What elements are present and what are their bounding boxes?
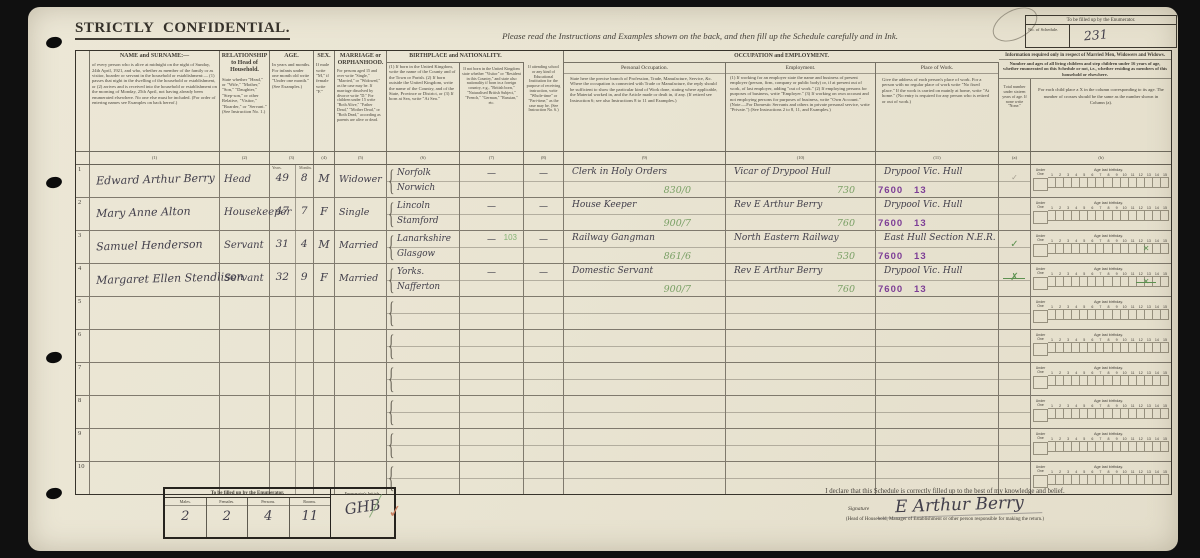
purple-number-stamp: 7600 13: [878, 284, 927, 295]
nationality-cell: —103: [460, 231, 524, 263]
children-age-grid: Under One Age last birthday.123456789101…: [1033, 267, 1169, 290]
punch-hole: [45, 486, 63, 500]
total-children-cell: [999, 198, 1031, 230]
schedule-row: 2 Mary Anne Alton Housekeeper 477 F Sing…: [76, 198, 1171, 231]
relationship-cell: Head: [220, 165, 270, 197]
header-occupation: Personal Occupation. State here the prec…: [564, 63, 726, 151]
employer-code: 760: [837, 284, 855, 295]
sex-cell: M: [314, 231, 335, 263]
birthplace-cell: {Yorks.Nafferton: [387, 264, 460, 296]
header-relationship-title: RELATIONSHIP to Head of Household.: [220, 51, 269, 76]
occupation-code: 900/7: [664, 218, 691, 229]
nationality-cell: [460, 297, 524, 329]
nationality-cell: [460, 462, 524, 494]
education-cell: —: [524, 264, 564, 296]
total-children-cell: ✓: [999, 165, 1031, 197]
header-age-title: AGE.: [270, 51, 313, 61]
header-employment-instr: (1) If working for an employer state the…: [726, 74, 875, 151]
row-number-cell: 6: [76, 330, 90, 362]
col-number: (9): [564, 152, 726, 164]
name-cell: [90, 330, 220, 362]
name-cell: Edward Arthur Berry: [90, 165, 220, 197]
schedule-number-value: 231: [1069, 20, 1177, 51]
header-name-instr: of every person who is alive at midnight…: [90, 61, 219, 151]
brace-mark: {: [388, 330, 394, 362]
age-years-label: Years.: [272, 166, 282, 170]
nationality-cell: —: [460, 198, 524, 230]
schedule-row: 5 { Under One Age last birthday.12345678…: [76, 297, 1171, 330]
place-of-work-cell: [876, 396, 999, 428]
brace-mark: {: [388, 429, 394, 461]
scanned-census-schedule: STRICTLY CONFIDENTIAL. Please read the I…: [0, 0, 1200, 558]
nationality-cell: [460, 396, 524, 428]
header-total-children-instr: Total number under sixteen years of age.…: [999, 79, 1030, 151]
employer-code: 760: [837, 218, 855, 229]
brace-mark: {: [388, 396, 394, 428]
col-number: (6): [387, 152, 460, 164]
place-of-work-cell: Drypool Vic. Hull7600 13: [876, 264, 999, 296]
column-number-row: (1) (2) (3) (4) (5) (6) (7) (8) (9) (10)…: [76, 152, 1171, 165]
marriage-cell: [335, 429, 387, 461]
children-ages-cell: Under One Age last birthday.123456789101…: [1031, 264, 1171, 296]
children-age-grid: Under One Age last birthday.123456789101…: [1033, 333, 1169, 356]
marriage-cell: Married: [335, 264, 387, 296]
row-number-cell: 5: [76, 297, 90, 329]
age-subheaders: Years. Months.: [270, 165, 314, 171]
birthplace-cell: {NorfolkNorwich: [387, 165, 460, 197]
row-number-cell: 1: [76, 165, 90, 197]
row-number-cell: 4: [76, 264, 90, 296]
schedule-row: 6 { Under One Age last birthday.12345678…: [76, 330, 1171, 363]
age-cell: [270, 330, 314, 362]
enumerator-count-rooms: Rooms.11: [290, 498, 331, 537]
brace-mark: {: [388, 198, 394, 230]
birthplace-cell: {: [387, 363, 460, 395]
header-birthplace-instr: (1) If born in the United Kingdom, write…: [387, 63, 459, 151]
purple-number-stamp: 7600 13: [878, 185, 927, 196]
header-children-note: Number and ages of all living children a…: [999, 60, 1171, 79]
name-cell: [90, 363, 220, 395]
place-of-work-cell: [876, 429, 999, 461]
schedule-table: NAME and SURNAME:— of every person who i…: [75, 50, 1172, 495]
occupation-cell: [564, 330, 726, 362]
total-children-mark: ✓: [999, 239, 1030, 250]
schedule-row: 7 { Under One Age last birthday.12345678…: [76, 363, 1171, 396]
header-children-ages-instr: For each child place a X in the column c…: [1031, 79, 1171, 114]
employment-cell: [726, 429, 876, 461]
header-relationship: RELATIONSHIP to Head of Household. State…: [220, 51, 270, 151]
table-rows: Years. Months. 1 Edward Arthur Berry Hea…: [76, 165, 1171, 494]
marriage-cell: Married: [335, 231, 387, 263]
relationship-cell: Housekeeper: [220, 198, 270, 230]
children-ages-cell: Under One Age last birthday.123456789101…: [1031, 396, 1171, 428]
header-sex: SEX. If male write "M," if female write …: [314, 51, 335, 151]
marriage-cell: [335, 297, 387, 329]
occupation-cell: Railway Gangman861/6: [564, 231, 726, 263]
children-age-grid: Under One Age last birthday.123456789101…: [1033, 300, 1169, 323]
signature-note: (Head of Household, Manager of Establish…: [700, 517, 1190, 522]
brace-mark: {: [388, 462, 394, 494]
relationship-cell: [220, 297, 270, 329]
header-sex-title: SEX.: [314, 51, 334, 61]
education-cell: —: [524, 198, 564, 230]
birthplace-cell: {: [387, 297, 460, 329]
birthplace-cell: {LincolnStamford: [387, 198, 460, 230]
children-age-grid: Under One Age last birthday.123456789101…: [1033, 399, 1169, 422]
employment-cell: Rev E Arthur Berry760: [726, 264, 876, 296]
schedule-row: 1 Edward Arthur Berry Head 498 M Widower…: [76, 165, 1171, 198]
total-children-cell: [999, 297, 1031, 329]
header-place-title: Place of Work.: [876, 63, 998, 74]
count-value: 2: [165, 506, 206, 524]
count-value: 2: [207, 506, 248, 524]
total-children-mark: ✗: [999, 272, 1030, 283]
child-age-x-mark: ✕: [1143, 244, 1150, 253]
employer-code: 530: [837, 251, 855, 262]
nationality-cell: [460, 363, 524, 395]
total-children-cell: [999, 330, 1031, 362]
col-number: (8): [524, 152, 564, 164]
row-number-cell: 9: [76, 429, 90, 461]
education-cell: [524, 330, 564, 362]
brace-mark: {: [388, 264, 394, 296]
count-label: Rooms.: [290, 498, 331, 506]
header-sex-instr: If male write "M," if female write "F.": [314, 61, 334, 151]
children-age-grid: Under One Age last birthday.123456789101…: [1033, 234, 1169, 257]
name-cell: [90, 429, 220, 461]
education-cell: [524, 396, 564, 428]
schedule-row: 3 Samuel Henderson Servant 314 M Married…: [76, 231, 1171, 264]
row-number-cell: 7: [76, 363, 90, 395]
birthplace-cell: {: [387, 462, 460, 494]
age-cell: 477: [270, 198, 314, 230]
place-of-work-cell: [876, 330, 999, 362]
occupation-cell: [564, 297, 726, 329]
children-ages-cell: Under One Age last birthday.123456789101…: [1031, 198, 1171, 230]
brace-mark: {: [388, 165, 394, 197]
children-age-grid: Under One Age last birthday.123456789101…: [1033, 366, 1169, 389]
punch-hole: [45, 175, 63, 189]
age-cell: [270, 396, 314, 428]
relationship-cell: [220, 363, 270, 395]
sex-cell: [314, 429, 335, 461]
header-occupation-title: Personal Occupation.: [564, 63, 725, 74]
brace-mark: {: [388, 231, 394, 263]
occupation-cell: Clerk in Holy Orders830/0: [564, 165, 726, 197]
relationship-cell: [220, 396, 270, 428]
children-ages-cell: Under One Age last birthday.123456789101…: [1031, 297, 1171, 329]
header-marriage: MARRIAGE or ORPHANHOOD. For persons aged…: [335, 51, 387, 151]
header-birthplace-group-title: BIRTHPLACE and NATIONALITY.: [387, 51, 524, 63]
sex-cell: [314, 297, 335, 329]
col-number: (2): [220, 152, 270, 164]
employment-cell: Vicar of Drypool Hull730: [726, 165, 876, 197]
declaration: I declare that this Schedule is correctl…: [700, 488, 1190, 522]
col-number: (1): [90, 152, 220, 164]
children-age-grid: Under One Age last birthday.123456789101…: [1033, 432, 1169, 455]
birthplace-cell: {: [387, 330, 460, 362]
child-age-x-mark: ✕: [1143, 277, 1150, 286]
name-cell: Mary Anne Alton: [90, 198, 220, 230]
header-children-panel: Information required only in respect of …: [999, 51, 1171, 151]
place-of-work-cell: [876, 363, 999, 395]
relationship-cell: [220, 429, 270, 461]
enumerator-count-males: Males.2: [165, 498, 207, 537]
education-cell: [524, 297, 564, 329]
nationality-cell: —: [460, 165, 524, 197]
schedule-row: 9 { Under One Age last birthday.12345678…: [76, 429, 1171, 462]
employment-cell: [726, 297, 876, 329]
occupation-cell: [564, 363, 726, 395]
purple-number-stamp: 7600 13: [878, 218, 927, 229]
enumerator-count-females: Females.2: [207, 498, 249, 537]
header-education-instr: If attending school or any kind of Educa…: [524, 51, 563, 151]
col-number: (3): [270, 152, 314, 164]
total-children-mark: ✓: [999, 173, 1030, 182]
header-education: If attending school or any kind of Educa…: [524, 51, 564, 151]
total-children-cell: ✗: [999, 264, 1031, 296]
col-number: (7): [460, 152, 524, 164]
header-occupation-group: OCCUPATION and EMPLOYMENT. Personal Occu…: [564, 51, 999, 151]
occupation-code: 861/6: [664, 251, 691, 262]
header-children-ages: For each child place a X in the column c…: [1031, 79, 1171, 151]
name-cell: [90, 396, 220, 428]
enumerator-counts: Males.2Females.2Persons.4Rooms.11: [165, 498, 330, 537]
col-number: (a): [999, 152, 1031, 164]
schedule-row: 8 { Under One Age last birthday.12345678…: [76, 396, 1171, 429]
paper-sheet: STRICTLY CONFIDENTIAL. Please read the I…: [28, 7, 1178, 551]
col-number: (11): [876, 152, 999, 164]
schedule-number-box: To be filled up by the Enumerator. No. o…: [1025, 15, 1177, 48]
header-place-instr: Give the address of each person's place …: [876, 74, 998, 151]
occupation-cell: [564, 396, 726, 428]
marriage-cell: [335, 396, 387, 428]
name-cell: Margaret Ellen Stendlison: [90, 264, 220, 296]
header-age: AGE. In years and months. For infants un…: [270, 51, 314, 151]
name-cell: Samuel Henderson: [90, 231, 220, 263]
schedule-number-label: No. of Schedule.: [1026, 25, 1070, 47]
age-months-label: Months.: [299, 166, 312, 170]
children-ages-cell: Under One Age last birthday.123456789101…: [1031, 330, 1171, 362]
sex-cell: F: [314, 264, 335, 296]
nationality-cell: [460, 429, 524, 461]
col-number: (b): [1031, 152, 1171, 164]
employment-cell: Rev E Arthur Berry760: [726, 198, 876, 230]
children-age-grid: Under One Age last birthday.123456789101…: [1033, 201, 1169, 224]
table-header: NAME and SURNAME:— of every person who i…: [76, 51, 1171, 152]
header-restricted-note: Information required only in respect of …: [999, 51, 1171, 60]
header-nationality: If not born in the United Kingdom state …: [460, 63, 524, 151]
sex-cell: [314, 363, 335, 395]
children-age-grid: Under One Age last birthday.123456789101…: [1033, 465, 1169, 488]
place-of-work-cell: East Hull Section N.E.R.7600 13: [876, 231, 999, 263]
age-cell: [270, 429, 314, 461]
birthplace-cell: {LanarkshireGlasgow: [387, 231, 460, 263]
occupation-cell: House Keeper900/7: [564, 198, 726, 230]
occupation-cell: [564, 429, 726, 461]
green-code-stamp: 103: [504, 233, 517, 242]
education-cell: [524, 429, 564, 461]
header-employment: Employment. (1) If working for an employ…: [726, 63, 876, 151]
place-of-work-cell: Drypool Vic. Hull7600 13: [876, 165, 999, 197]
purple-number-stamp: 7600 13: [878, 251, 927, 262]
header-total-children: Total number under sixteen years of age.…: [999, 79, 1031, 151]
red-check-mark: ✓: [387, 501, 404, 523]
total-children-cell: ✓: [999, 231, 1031, 263]
relationship-cell: Servant: [220, 231, 270, 263]
punch-hole: [45, 35, 63, 49]
signature-value: E Arthur Berry: [877, 492, 1043, 519]
header-marriage-instr: For persons aged 15 and over write "Sing…: [335, 68, 386, 151]
children-ages-cell: Under One Age last birthday.123456789101…: [1031, 363, 1171, 395]
occupation-code: 830/0: [664, 185, 691, 196]
header-marriage-title: MARRIAGE or ORPHANHOOD.: [335, 51, 386, 68]
relationship-cell: [220, 330, 270, 362]
header-employment-title: Employment.: [726, 63, 875, 74]
header-occupation-group-title: OCCUPATION and EMPLOYMENT.: [564, 51, 999, 63]
enumerator-summary-box: To be filled up by the Enumerator. Males…: [163, 487, 396, 539]
header-occupation-instr: State here the precise branch of Profess…: [564, 74, 725, 151]
total-children-cell: [999, 363, 1031, 395]
declaration-text: I declare that this Schedule is correctl…: [700, 488, 1190, 495]
header-name-title: NAME and SURNAME:—: [90, 51, 219, 61]
place-of-work-cell: Drypool Vic. Hull7600 13: [876, 198, 999, 230]
relationship-cell: Servant: [220, 264, 270, 296]
total-children-cell: [999, 396, 1031, 428]
employment-cell: [726, 363, 876, 395]
header-relationship-instr: State whether "Head," or "Wife," "Mother…: [220, 76, 269, 151]
employer-code: 730: [837, 185, 855, 196]
brace-mark: {: [388, 363, 394, 395]
row-number-cell: 10: [76, 462, 90, 494]
nationality-cell: —: [460, 264, 524, 296]
birthplace-cell: {: [387, 396, 460, 428]
sex-cell: [314, 396, 335, 428]
occupation-code: 900/7: [664, 284, 691, 295]
sex-cell: F: [314, 198, 335, 230]
children-age-grid: Under One Age last birthday.123456789101…: [1033, 168, 1169, 191]
occupation-cell: Domestic Servant900/7: [564, 264, 726, 296]
age-cell: 314: [270, 231, 314, 263]
header-nationality-instr: If not born in the United Kingdom state …: [460, 63, 523, 151]
children-ages-cell: Under One Age last birthday.123456789101…: [1031, 231, 1171, 263]
col-number: (5): [335, 152, 387, 164]
count-label: Males.: [165, 498, 206, 506]
marriage-cell: Single: [335, 198, 387, 230]
brace-mark: {: [388, 297, 394, 329]
count-value: 4: [248, 506, 289, 524]
sex-cell: M: [314, 165, 335, 197]
total-children-cell: [999, 429, 1031, 461]
education-cell: —: [524, 165, 564, 197]
place-of-work-cell: [876, 297, 999, 329]
row-number-cell: 8: [76, 396, 90, 428]
col-number: (10): [726, 152, 876, 164]
header-rownum: [76, 51, 90, 151]
age-cell: [270, 297, 314, 329]
marriage-cell: Widower: [335, 165, 387, 197]
enumerator-box-title: To be filled up by the Enumerator.: [165, 489, 330, 498]
children-ages-cell: Under One Age last birthday.123456789101…: [1031, 429, 1171, 461]
name-cell: [90, 297, 220, 329]
col-number: (4): [314, 152, 335, 164]
count-value: 11: [290, 506, 331, 524]
marriage-cell: [335, 363, 387, 395]
birthplace-cell: {: [387, 429, 460, 461]
header-age-instr: In years and months. For infants under o…: [270, 61, 313, 151]
age-cell: 329: [270, 264, 314, 296]
employment-cell: North Eastern Railway530: [726, 231, 876, 263]
count-label: Persons.: [248, 498, 289, 506]
education-cell: [524, 462, 564, 494]
header-name: NAME and SURNAME:— of every person who i…: [90, 51, 220, 151]
education-cell: —: [524, 231, 564, 263]
nationality-cell: [460, 330, 524, 362]
page-title: STRICTLY CONFIDENTIAL.: [75, 20, 290, 40]
punch-hole: [45, 350, 63, 364]
row-number-cell: 3: [76, 231, 90, 263]
enumerator-count-persons: Persons.4: [248, 498, 290, 537]
employment-cell: [726, 330, 876, 362]
schedule-row: 4 Margaret Ellen Stendlison Servant 329 …: [76, 264, 1171, 297]
top-instruction: Please read the Instructions and Example…: [420, 31, 980, 41]
marriage-cell: [335, 330, 387, 362]
header-place-of-work: Place of Work. Give the address of each …: [876, 63, 999, 151]
education-cell: [524, 363, 564, 395]
header-birthplace-group: BIRTHPLACE and NATIONALITY. (1) If born …: [387, 51, 524, 151]
count-label: Females.: [207, 498, 248, 506]
age-cell: [270, 363, 314, 395]
header-birthplace: (1) If born in the United Kingdom, write…: [387, 63, 460, 151]
sex-cell: [314, 330, 335, 362]
children-ages-cell: Under One Age last birthday.123456789101…: [1031, 165, 1171, 197]
signature-label: Signature: [848, 506, 869, 512]
row-number-cell: 2: [76, 198, 90, 230]
employment-cell: [726, 396, 876, 428]
